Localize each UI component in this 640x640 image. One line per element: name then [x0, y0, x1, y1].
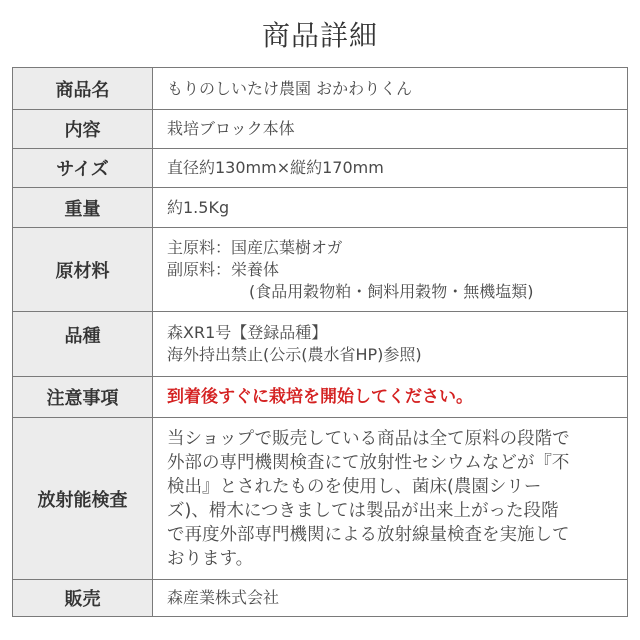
value-line: 副原料：栄養体 [167, 259, 619, 281]
row-label: 内容 [13, 110, 153, 149]
table-row-notes: 注意事項 到着後すぐに栽培を開始してください。 [13, 377, 628, 418]
row-label: 放射能検査 [13, 418, 153, 580]
value-line: 主原料：国産広葉樹オガ [167, 237, 619, 259]
value-line: ズ)、榾木につきましては製品が出来上がった段階 [167, 499, 619, 523]
row-label: サイズ [13, 149, 153, 188]
row-label: 商品名 [13, 68, 153, 110]
value-line: 当ショップで販売している商品は全て原料の段階で [167, 427, 619, 451]
row-label: 原材料 [13, 228, 153, 312]
row-label: 販売 [13, 580, 153, 617]
table-row-ingredients: 原材料 主原料：国産広葉樹オガ 副原料：栄養体 (食品用穀物粕・飼料用穀物・無機… [13, 228, 628, 312]
product-details-table: 商品名 もりのしいたけ農園 おかわりくん 内容 栽培ブロック本体 サイズ 直径約… [12, 67, 628, 617]
row-value: 約1.5Kg [153, 188, 628, 228]
value-line: 約1.5Kg [167, 197, 619, 219]
value-line: 外部の専門機関検査にて放射性セシウムなどが『不 [167, 451, 619, 475]
table-row-product-name: 商品名 もりのしいたけ農園 おかわりくん [13, 68, 628, 110]
table-row-size: サイズ 直径約130mm×縦約170mm [13, 149, 628, 188]
value-line: おります。 [167, 547, 619, 571]
row-value: 栽培ブロック本体 [153, 110, 628, 149]
row-label: 注意事項 [13, 377, 153, 418]
table-row-seller: 販売 森産業株式会社 [13, 580, 628, 617]
value-line: で再度外部専門機関による放射線量検査を実施して [167, 523, 619, 547]
value-line: 栽培ブロック本体 [167, 118, 619, 140]
table-row-radiation-test: 放射能検査 当ショップで販売している商品は全て原料の段階で 外部の専門機関検査に… [13, 418, 628, 580]
row-value: 主原料：国産広葉樹オガ 副原料：栄養体 (食品用穀物粕・飼料用穀物・無機塩類) [153, 228, 628, 312]
table-row-variety: 品種 森XR1号【登録品種】 海外持出禁止(公示(農水省HP)参照) [13, 312, 628, 377]
value-line: 直径約130mm×縦約170mm [167, 157, 619, 179]
table-row-weight: 重量 約1.5Kg [13, 188, 628, 228]
row-value: 森産業株式会社 [153, 580, 628, 617]
value-line: (食品用穀物粕・飼料用穀物・無機塩類) [167, 281, 619, 303]
table-row-contents: 内容 栽培ブロック本体 [13, 110, 628, 149]
page-title: 商品詳細 [0, 17, 640, 55]
row-value: 直径約130mm×縦約170mm [153, 149, 628, 188]
row-value: 森XR1号【登録品種】 海外持出禁止(公示(農水省HP)参照) [153, 312, 628, 377]
value-line: 森産業株式会社 [167, 587, 619, 609]
row-value: もりのしいたけ農園 おかわりくん [153, 68, 628, 110]
row-label: 重量 [13, 188, 153, 228]
value-line: 海外持出禁止(公示(農水省HP)参照) [167, 344, 619, 366]
row-label: 品種 [13, 312, 153, 377]
value-line: 検出』とされたものを使用し、菌床(農園シリー [167, 475, 619, 499]
row-value: 到着後すぐに栽培を開始してください。 [153, 377, 628, 418]
value-line: 森XR1号【登録品種】 [167, 322, 619, 344]
row-value: 当ショップで販売している商品は全て原料の段階で 外部の専門機関検査にて放射性セシ… [153, 418, 628, 580]
value-line: もりのしいたけ農園 おかわりくん [167, 78, 619, 100]
warning-text: 到着後すぐに栽培を開始してください。 [167, 386, 619, 408]
